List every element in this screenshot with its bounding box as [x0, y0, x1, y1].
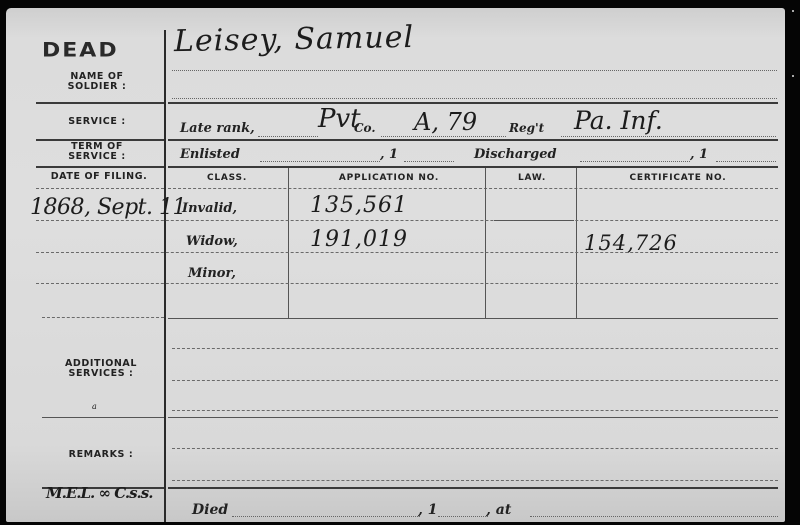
rule: [168, 102, 778, 104]
name-line: [172, 70, 777, 71]
additional-services-line: [172, 410, 778, 411]
dead-stamp: DEAD: [42, 39, 119, 62]
scan-speck: [792, 75, 794, 77]
enlisted-line: [260, 161, 380, 162]
additional-services-line: [172, 380, 778, 381]
remarks-line: [172, 480, 778, 481]
discharged-label: Discharged: [474, 147, 557, 162]
remarks-line: [172, 448, 778, 449]
label-line: SERVICE :: [42, 152, 152, 162]
class-minor: Minor,: [188, 266, 236, 281]
header-application-no: APPLICATION NO.: [290, 173, 488, 183]
label-line: SERVICES :: [46, 369, 156, 379]
row-rule: [36, 283, 778, 284]
company-value: A, 79: [414, 108, 477, 136]
rule: [42, 317, 164, 318]
filing-date: 1868, Sept. 11: [30, 195, 186, 220]
regiment-value: Pa. Inf.: [574, 106, 663, 135]
late-rank-line: [258, 136, 318, 137]
row-rule: [36, 220, 778, 221]
additional-services-label: ADDITIONAL SERVICES :: [46, 359, 156, 379]
enlisted-year-line: [404, 161, 454, 162]
name-line-2: [172, 98, 777, 99]
late-rank-label: Late rank,: [180, 121, 255, 136]
header-law: LAW.: [488, 173, 576, 183]
main-vertical-divider: [164, 30, 166, 522]
died-date-line: [232, 516, 420, 517]
enlisted-year: , 1: [380, 147, 398, 162]
company-label: Co.: [354, 121, 376, 135]
header-class: CLASS.: [168, 173, 286, 183]
name-of-soldier-label: NAME OF SOLDIER :: [42, 72, 152, 92]
rule: [168, 487, 778, 489]
additional-services-line: [172, 348, 778, 349]
row-rule: [36, 252, 778, 253]
application-no-invalid: 135,561: [310, 193, 408, 218]
header-certificate-no: CERTIFICATE NO.: [578, 173, 778, 183]
soldier-name: Leisey, Samuel: [174, 20, 415, 59]
died-place-line: [530, 516, 778, 517]
rule: [42, 417, 164, 418]
column-divider: [288, 168, 289, 318]
rule: [168, 166, 778, 168]
discharged-line: [580, 161, 690, 162]
rule: [36, 166, 164, 168]
scan-speck: [792, 10, 794, 12]
died-year-line: [438, 516, 488, 517]
application-no-widow: 191,019: [310, 227, 408, 252]
class-invalid: Invalid,: [182, 201, 237, 216]
additional-services-mark: a: [92, 402, 97, 411]
enlisted-label: Enlisted: [180, 147, 240, 162]
date-of-filing-label: DATE OF FILING.: [36, 172, 162, 182]
discharged-year: , 1: [690, 147, 708, 162]
column-divider: [576, 168, 577, 318]
term-of-service-label: TERM OF SERVICE :: [42, 142, 152, 162]
row-rule: [494, 220, 574, 221]
rule: [168, 417, 778, 418]
pension-index-card: DEAD NAME OF SOLDIER : SERVICE : TERM OF…: [6, 8, 785, 522]
died-year: , 1: [418, 502, 438, 518]
regiment-label: Reg't: [509, 121, 544, 135]
died-at-label: , at: [486, 502, 511, 518]
rule: [36, 188, 164, 189]
label-line: SOLDIER :: [42, 82, 152, 92]
remarks-label: REMARKS :: [46, 450, 156, 460]
rule: [168, 318, 778, 319]
service-label: SERVICE :: [42, 117, 152, 127]
rule: [168, 139, 778, 141]
company-line: [381, 136, 506, 137]
died-label: Died: [192, 502, 228, 518]
discharged-year-line: [716, 161, 776, 162]
regiment-line: [561, 136, 776, 137]
rule: [168, 188, 778, 189]
rule: [36, 102, 164, 104]
rule: [36, 139, 164, 141]
column-divider: [485, 168, 486, 318]
remarks-marginal-note: M.E.L. ∞ C.s.s.: [46, 484, 152, 502]
class-widow: Widow,: [186, 234, 238, 249]
